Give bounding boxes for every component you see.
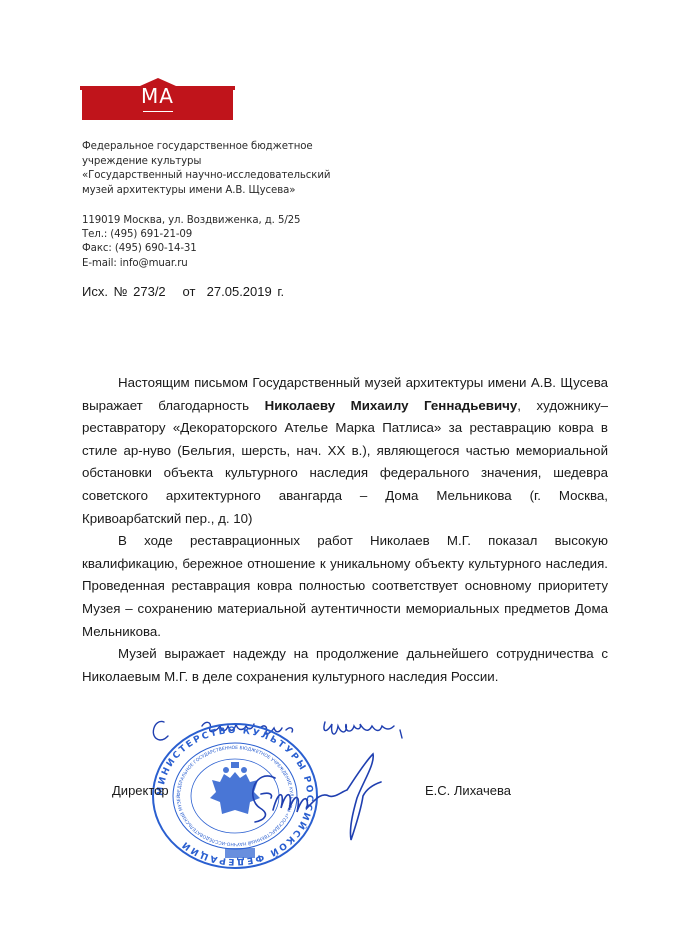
recipient-name: Николаеву Михаилу Геннадьевичу [265, 398, 518, 413]
fax: Факс: (495) 690-14-31 [82, 242, 300, 256]
outgoing-reference: Исх. № 273/2 от 27.05.2019 г. [82, 284, 284, 299]
org-line: музей архитектуры имени А.В. Щусева» [82, 184, 330, 199]
org-line: Федеральное государственное бюджетное [82, 140, 330, 155]
phone: Тел.: (495) 691-21-09 [82, 228, 300, 242]
signatory-title: Директор [112, 783, 169, 798]
paragraph-1-end: , художнику–реставратору «Декораторского… [82, 398, 608, 526]
paragraph-2: В ходе реставрационных работ Николаев М.… [82, 530, 608, 643]
letter-body: Настоящим письмом Государственный музей … [82, 372, 608, 688]
reference-date-prefix: от [183, 284, 196, 299]
contact-block: 119019 Москва, ул. Воздвиженка, д. 5/25 … [82, 214, 300, 271]
org-line: учреждение культуры [82, 155, 330, 170]
paragraph-3: Музей выражает надежду на продолжение да… [82, 643, 608, 688]
paragraph-1: Настоящим письмом Государственный музей … [82, 372, 608, 530]
org-line: «Государственный научно-исследовательски… [82, 169, 330, 184]
organization-name: Федеральное государственное бюджетное уч… [82, 140, 330, 198]
handwritten-signature [245, 748, 395, 848]
museum-logo: МА [80, 78, 235, 121]
logo-text: МА [80, 84, 235, 108]
email: E-mail: info@muar.ru [82, 257, 300, 271]
reference-number: Исх. № 273/2 [82, 284, 166, 299]
signatory-name: Е.С. Лихачева [425, 783, 511, 798]
logo-underline [143, 111, 173, 112]
address: 119019 Москва, ул. Воздвиженка, д. 5/25 [82, 214, 300, 228]
reference-date: 27.05.2019 г. [207, 284, 284, 299]
